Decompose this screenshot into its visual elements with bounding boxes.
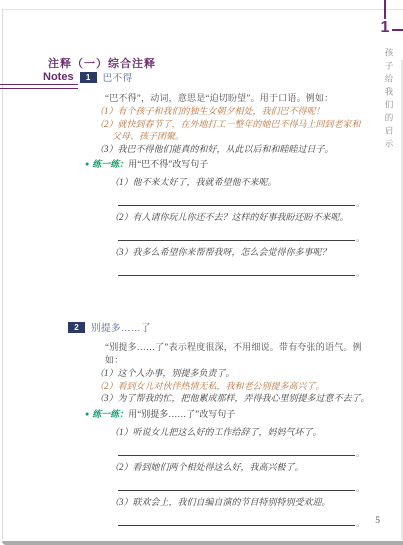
chapter-title-vertical: 孩子给我们的启示 xyxy=(383,48,395,152)
practice-instruction: 用“巴不得”改写句子 xyxy=(128,159,208,169)
chapter-tab-rule-vertical xyxy=(384,0,386,19)
practice-item-number: （3） xyxy=(110,247,133,257)
practice-item-number: （2） xyxy=(110,212,133,222)
note-number-badge: 2 xyxy=(68,322,85,333)
example-number: （3） xyxy=(95,144,118,154)
practice-item: （3）我多么希望你来帮帮我呀，怎么会觉得你多事呢？ xyxy=(110,246,379,259)
margin-double-rule xyxy=(0,84,78,89)
notes-heading-cn: 注释（一）综合注释 xyxy=(48,55,156,71)
answer-blank-line xyxy=(118,455,355,456)
example-text: 为了帮我的忙，把他累成那样，弄得我心里别提多过意不去了。 xyxy=(118,393,370,403)
practice-item-text: 听说女儿把这么好的工作给辞了，妈妈气坏了。 xyxy=(133,427,322,437)
bullet-icon: ● xyxy=(85,160,89,168)
notes-heading-en: Notes xyxy=(43,71,74,83)
practice-item: （2）有人请你玩儿你还不去？这样的好事我盼还盼不来呢。 xyxy=(110,211,379,224)
example-sentence: （2）就快到春节了，在外地打工一整年的她巴不得马上回到老家和 xyxy=(95,118,379,131)
chapter-number: 1 xyxy=(376,19,394,37)
example-sentence: （2）看到女儿对伙伴热情无私，我和老公别提多高兴了。 xyxy=(95,380,379,393)
example-number: （1） xyxy=(95,106,118,116)
answer-blank-row: 。 xyxy=(118,450,379,456)
page-edge-bottom xyxy=(2,541,403,545)
practice-label: 练一练： xyxy=(92,159,128,169)
example-text: 我巴不得他们能真的和好，从此以后和和睦睦过日子。 xyxy=(118,144,334,154)
practice-item-text: 联欢会上，我们自编自演的节目特别特别受欢迎。 xyxy=(133,497,331,507)
practice-item: （3）联欢会上，我们自编自演的节目特别特别受欢迎。 xyxy=(110,496,379,509)
note-definition: “别提多……了”表示程度很深，不用细说。带有夸张的语气。例如： xyxy=(105,341,379,367)
example-sentence: （3）为了帮我的忙，把他累成那样，弄得我心里别提多过意不去了。 xyxy=(95,392,379,405)
answer-blank-line xyxy=(118,240,355,241)
practice-item-text: 我多么希望你来帮帮我呀，怎么会觉得你多事呢？ xyxy=(133,247,331,257)
example-text: 看到女儿对伙伴热情无私，我和老公别提多高兴了。 xyxy=(118,381,325,391)
practice-item: （1）他不来太好了，我就希望他不来呢。 xyxy=(110,176,379,189)
example-sentence: （1）这个人办事，别提多负责了。 xyxy=(95,367,379,380)
answer-blank-row: 。 xyxy=(118,485,379,491)
practice-instruction: 用“别提多……了”改写句子 xyxy=(128,409,235,419)
example-sentence: （3）我巴不得他们能真的和好，从此以后和和睦睦过日子。 xyxy=(95,143,379,156)
chapter-tab-rule-horizontal xyxy=(392,29,403,31)
bullet-icon: ● xyxy=(85,410,89,418)
example-number: （2） xyxy=(95,119,118,129)
practice-item-text: 有人请你玩儿你还不去？这样的好事我盼还盼不来呢。 xyxy=(133,212,349,222)
page-number: 5 xyxy=(375,516,380,526)
page-content: “巴不得”，动词，意思是“迫切盼望”。用于口语。例如： （1）有个孩子和我们的独… xyxy=(85,92,379,526)
notes-heading-row: Notes 1 巴不得 xyxy=(43,70,133,84)
blank-end-period: 。 xyxy=(356,451,364,456)
practice-item-number: （1） xyxy=(110,177,133,187)
example-number: （3） xyxy=(95,393,118,403)
note-term: 别提多……了 xyxy=(91,320,151,334)
example-sentence-continuation: 父母、孩子团聚。 xyxy=(95,130,379,143)
example-number: （2） xyxy=(95,381,118,391)
practice-item-number: （1） xyxy=(110,427,133,437)
practice-label: 练一练： xyxy=(92,409,128,419)
page-edge-top xyxy=(3,9,403,10)
blank-end-period: 。 xyxy=(356,521,364,526)
textbook-page: 1 孩子给我们的启示 注释（一）综合注释 Notes 1 巴不得 “巴不得”，动… xyxy=(0,0,403,545)
example-number: （1） xyxy=(95,368,118,378)
practice-item: （1）听说女儿把这么好的工作给辞了，妈妈气坏了。 xyxy=(110,426,379,439)
practice-item-number: （2） xyxy=(110,462,133,472)
answer-blank-line xyxy=(118,490,355,491)
note-heading-row: 2 别提多……了 xyxy=(68,320,379,334)
note-term: 巴不得 xyxy=(103,70,133,84)
answer-blank-line xyxy=(118,275,355,276)
blank-end-period: 。 xyxy=(356,236,364,241)
practice-item-number: （3） xyxy=(110,497,133,507)
answer-blank-row: 。 xyxy=(118,270,379,276)
practice-item: （2）看到她们两个相处得这么好，我高兴极了。 xyxy=(110,461,379,474)
example-text: 有个孩子和我们的独生女朝夕相处，我们巴不得呢！ xyxy=(118,106,325,116)
note-number-badge: 1 xyxy=(80,72,97,83)
answer-blank-row: 。 xyxy=(118,520,379,526)
answer-blank-line xyxy=(118,525,355,526)
blank-end-period: 。 xyxy=(356,486,364,491)
note-definition: “巴不得”，动词，意思是“迫切盼望”。用于口语。例如： xyxy=(105,92,379,105)
example-text: 这个人办事，别提多负责了。 xyxy=(118,368,235,378)
example-sentence: （1）有个孩子和我们的独生女朝夕相处，我们巴不得呢！ xyxy=(95,105,379,118)
practice-heading: ●练一练：用“别提多……了”改写句子 xyxy=(85,408,379,421)
blank-end-period: 。 xyxy=(356,201,364,206)
practice-item-text: 看到她们两个相处得这么好，我高兴极了。 xyxy=(133,462,304,472)
example-text: 就快到春节了，在外地打工一整年的她巴不得马上回到老家和 xyxy=(118,119,361,129)
answer-blank-row: 。 xyxy=(118,235,379,241)
practice-heading: ●练一练：用“巴不得”改写句子 xyxy=(85,158,379,171)
practice-item-text: 他不来太好了，我就希望他不来呢。 xyxy=(133,177,277,187)
answer-blank-row: 。 xyxy=(118,200,379,206)
answer-blank-line xyxy=(118,205,355,206)
blank-end-period: 。 xyxy=(356,271,364,276)
